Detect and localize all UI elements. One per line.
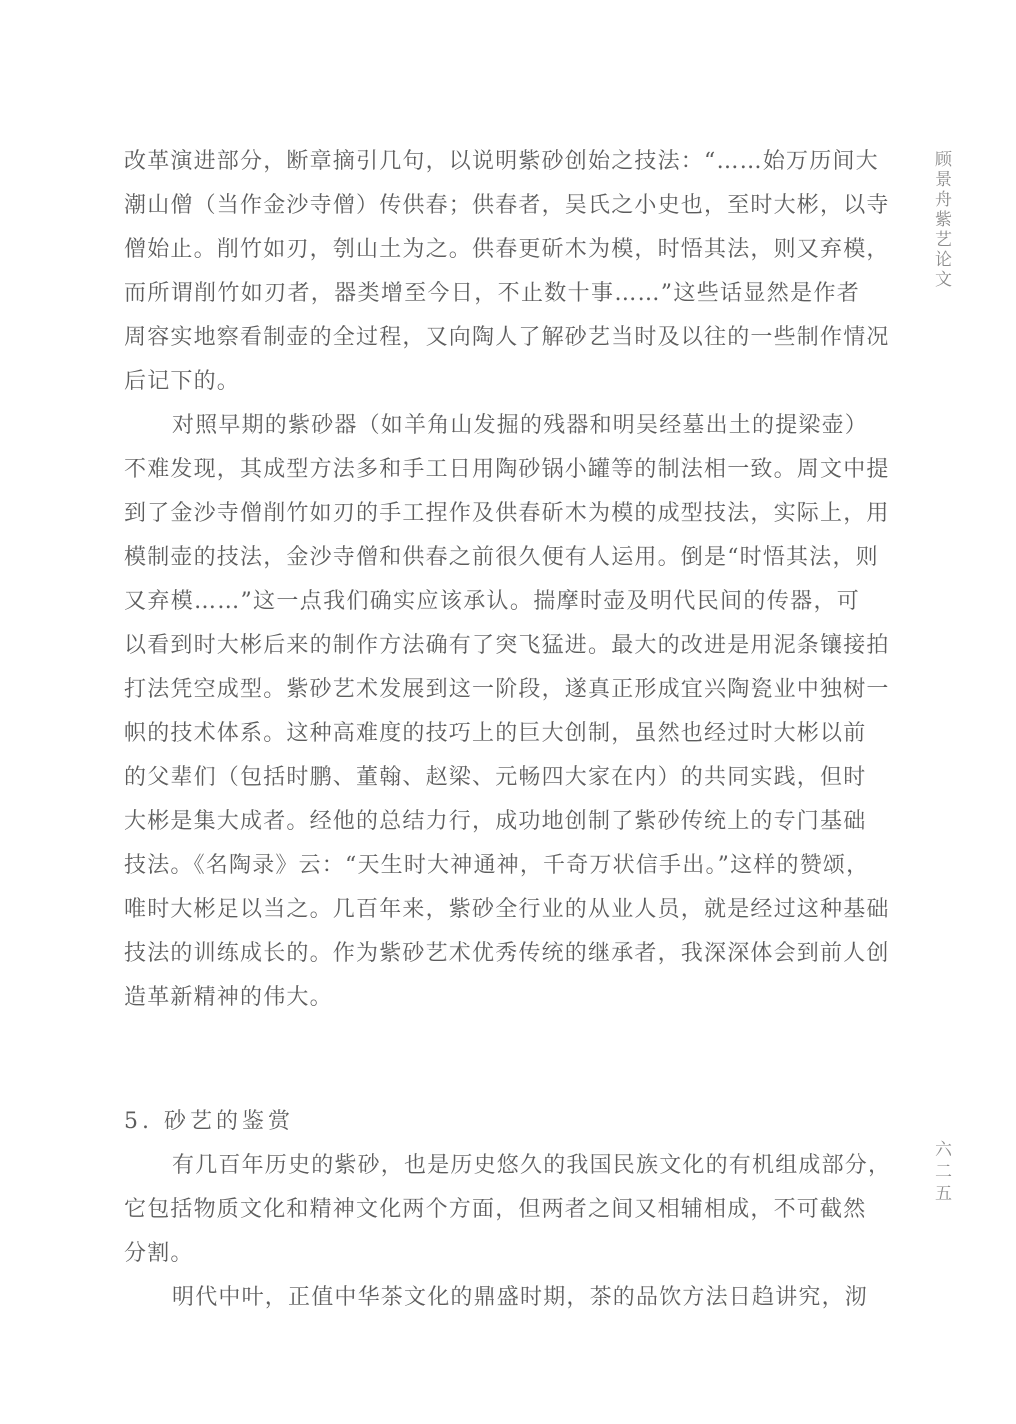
running-head: 顾景舟紫艺论文 (927, 150, 951, 290)
text-line: 技法的训练成长的。作为紫砂艺术优秀传统的继承者，我深深体会到前人创 (124, 935, 860, 979)
text-line: 大彬是集大成者。经他的总结力行，成功地创制了紫砂传统上的专门基础 (124, 803, 860, 847)
text-line: 它包括物质文化和精神文化两个方面，但两者之间又相辅相成，不可截然 (124, 1191, 860, 1235)
text-line: 造革新精神的伟大。 (124, 979, 860, 1023)
text-line: 而所谓削竹如刃者，器类增至今日，不止数十事……”这些话显然是作者 (124, 275, 860, 319)
paragraph-4: 明代中叶，正值中华茶文化的鼎盛时期，茶的品饮方法日趋讲究，沏 (124, 1279, 860, 1323)
text-line: 唯时大彬足以当之。几百年来，紫砂全行业的从业人员，就是经过这种基础 (124, 891, 860, 935)
text-line: 后记下的。 (124, 363, 860, 407)
text-line: 到了金沙寺僧削竹如刃的手工捏作及供春斫木为模的成型技法，实际上，用 (124, 495, 860, 539)
text-line: 又弃模……”这一点我们确实应该承认。揣摩时壶及明代民间的传器，可 (124, 583, 860, 627)
paragraph-3: 有几百年历史的紫砂，也是历史悠久的我国民族文化的有机组成部分， 它包括物质文化和… (124, 1147, 860, 1279)
page-number: 六二五 (927, 1140, 951, 1206)
text-line: 周容实地察看制壶的全过程，又向陶人了解砂艺当时及以往的一些制作情况 (124, 319, 860, 363)
text-line: 的父辈们（包括时鹏、董翰、赵梁、元畅四大家在内）的共同实践，但时 (124, 759, 860, 803)
text-line: 改革演进部分，断章摘引几句，以说明紫砂创始之技法：“……始万历间大 (124, 143, 860, 187)
text-line: 分割。 (124, 1235, 860, 1279)
paragraph-1: 改革演进部分，断章摘引几句，以说明紫砂创始之技法：“……始万历间大 潮山僧（当作… (124, 143, 860, 407)
section-heading: 5. 砂艺的鉴赏 (124, 1103, 860, 1147)
text-line: 潮山僧（当作金沙寺僧）传供春；供春者，吴氏之小史也，至时大彬，以寺 (124, 187, 860, 231)
text-line: 有几百年历史的紫砂，也是历史悠久的我国民族文化的有机组成部分， (124, 1147, 860, 1191)
paragraph-2: 对照早期的紫砂器（如羊角山发掘的残器和明吴经墓出土的提梁壶） 不难发现，其成型方… (124, 407, 860, 1023)
text-line: 僧始止。削竹如刃，刳山土为之。供春更斫木为模，时悟其法，则又弃模， (124, 231, 860, 275)
book-page: 顾景舟紫艺论文 改革演进部分，断章摘引几句，以说明紫砂创始之技法：“……始万历间… (0, 0, 1016, 1424)
text-line: 技法。《名陶录》云：“天生时大神通神，千奇万状信手出。”这样的赞颂， (124, 847, 860, 891)
text-line: 对照早期的紫砂器（如羊角山发掘的残器和明吴经墓出土的提梁壶） (124, 407, 860, 451)
text-line: 不难发现，其成型方法多和手工日用陶砂锅小罐等的制法相一致。周文中提 (124, 451, 860, 495)
text-line: 打法凭空成型。紫砂艺术发展到这一阶段，遂真正形成宜兴陶瓷业中独树一 (124, 671, 860, 715)
text-line: 明代中叶，正值中华茶文化的鼎盛时期，茶的品饮方法日趋讲究，沏 (124, 1279, 860, 1323)
body-text: 改革演进部分，断章摘引几句，以说明紫砂创始之技法：“……始万历间大 潮山僧（当作… (124, 143, 860, 1323)
text-line: 模制壶的技法，金沙寺僧和供春之前很久便有人运用。倒是“时悟其法，则 (124, 539, 860, 583)
text-line: 以看到时大彬后来的制作方法确有了突飞猛进。最大的改进是用泥条镶接拍 (124, 627, 860, 671)
text-line: 帜的技术体系。这种高难度的技巧上的巨大创制，虽然也经过时大彬以前 (124, 715, 860, 759)
